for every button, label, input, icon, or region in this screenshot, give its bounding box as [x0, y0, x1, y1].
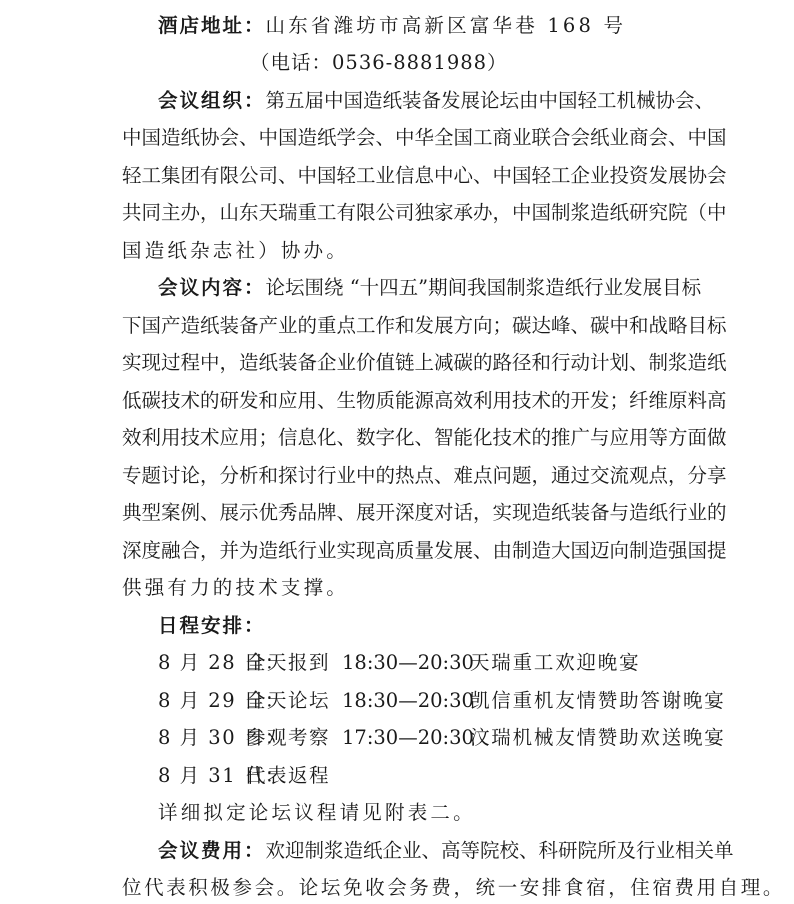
schedule-event: 汶瑞机械友情赞助欢送晚宴 — [470, 723, 726, 753]
hotel-address-line: 酒店地址：山东省潍坊市高新区富华巷 168 号 — [158, 11, 726, 41]
schedule-item: 8 月 29 日：全天论坛18:30—20:30凯信重机友情赞助答谢晚宴 — [158, 686, 726, 716]
schedule-item: 8 月 28 日：全天报到18:30—20:30天瑞重工欢迎晚宴 — [158, 648, 726, 678]
schedule-activity: 参观考察 — [246, 723, 342, 753]
organization-line-3: 轻工集团有限公司、中国轻工业信息中心、中国轻工企业投资发展协会 — [122, 161, 690, 191]
organization-text: 第五届中国造纸装备发展论坛由中国轻工机械协会、 — [266, 89, 715, 112]
hotel-address-label: 酒店地址： — [158, 14, 266, 37]
organization-line-1: 会议组织：第五届中国造纸装备发展论坛由中国轻工机械协会、 — [158, 86, 690, 116]
schedule-event: 天瑞重工欢迎晚宴 — [470, 648, 640, 678]
organization-line-5: 国造纸杂志社）协办。 — [122, 236, 690, 266]
schedule-activity: 代表返程 — [246, 761, 342, 791]
schedule-item: 8 月 30 日：参观考察17:30—20:30汶瑞机械友情赞助欢送晚宴 — [158, 723, 726, 753]
content-line-5: 效利用技术应用；信息化、数字化、智能化技术的推广与应用等方面做 — [122, 423, 690, 453]
schedule-time: 18:30—20:30 — [342, 648, 470, 678]
content-line-9: 供强有力的技术支撑。 — [122, 573, 690, 603]
schedule-date: 8 月 29 日： — [158, 686, 246, 716]
schedule-time: 17:30—20:30 — [342, 723, 470, 753]
content-label: 会议内容： — [158, 276, 266, 299]
schedule-date: 8 月 31 日： — [158, 761, 246, 791]
content-line-1: 会议内容：论坛围绕 “十四五”期间我国制浆造纸行业发展目标 — [158, 273, 690, 303]
schedule-label: 日程安排： — [158, 614, 266, 637]
schedule-item: 8 月 31 日：代表返程 — [158, 761, 726, 791]
schedule-activity: 全天论坛 — [246, 686, 342, 716]
schedule-date: 8 月 30 日： — [158, 723, 246, 753]
document-page: 酒店地址：山东省潍坊市高新区富华巷 168 号 （电话：0536-8881988… — [0, 0, 794, 904]
schedule-date: 8 月 28 日： — [158, 648, 246, 678]
fees-line-2: 位代表积极参会。论坛免收会务费，统一安排食宿，住宿费用自理。 — [122, 873, 690, 903]
hotel-address-value: 山东省潍坊市高新区富华巷 168 号 — [266, 14, 627, 37]
schedule-heading: 日程安排： — [158, 611, 726, 641]
schedule-activity: 全天报到 — [246, 648, 342, 678]
schedule-note: 详细拟定论坛议程请见附表二。 — [158, 798, 726, 828]
fees-line-1: 会议费用：欢迎制浆造纸企业、高等院校、科研院所及行业相关单 — [158, 836, 690, 866]
content-line-2: 下国产造纸装备产业的重点工作和发展方向；碳达峰、碳中和战略目标 — [122, 311, 690, 341]
fees-label: 会议费用： — [158, 839, 266, 862]
content-line-7: 典型案例、展示优秀品牌、展开深度对话，实现造纸装备与造纸行业的 — [122, 498, 690, 528]
content-line-4: 低碳技术的研发和应用、生物质能源高效利用技术的开发；纤维原料高 — [122, 386, 690, 416]
content-line-8: 深度融合，并为造纸行业实现高质量发展、由制造大国迈向制造强国提 — [122, 536, 690, 566]
schedule-time: 18:30—20:30 — [342, 686, 470, 716]
schedule-event: 凯信重机友情赞助答谢晚宴 — [470, 686, 726, 716]
organization-label: 会议组织： — [158, 89, 266, 112]
organization-line-4: 共同主办，山东天瑞重工有限公司独家承办，中国制浆造纸研究院（中 — [122, 198, 690, 228]
fees-text: 欢迎制浆造纸企业、高等院校、科研院所及行业相关单 — [266, 839, 734, 862]
hotel-phone: （电话：0536-8881988） — [250, 48, 794, 78]
content-text: 论坛围绕 “十四五”期间我国制浆造纸行业发展目标 — [266, 276, 702, 299]
content-line-3: 实现过程中，造纸装备企业价值链上减碳的路径和行动计划、制浆造纸 — [122, 348, 690, 378]
organization-line-2: 中国造纸协会、中国造纸学会、中华全国工商业联合会纸业商会、中国 — [122, 123, 690, 153]
content-line-6: 专题讨论，分析和探讨行业中的热点、难点问题，通过交流观点，分享 — [122, 461, 690, 491]
